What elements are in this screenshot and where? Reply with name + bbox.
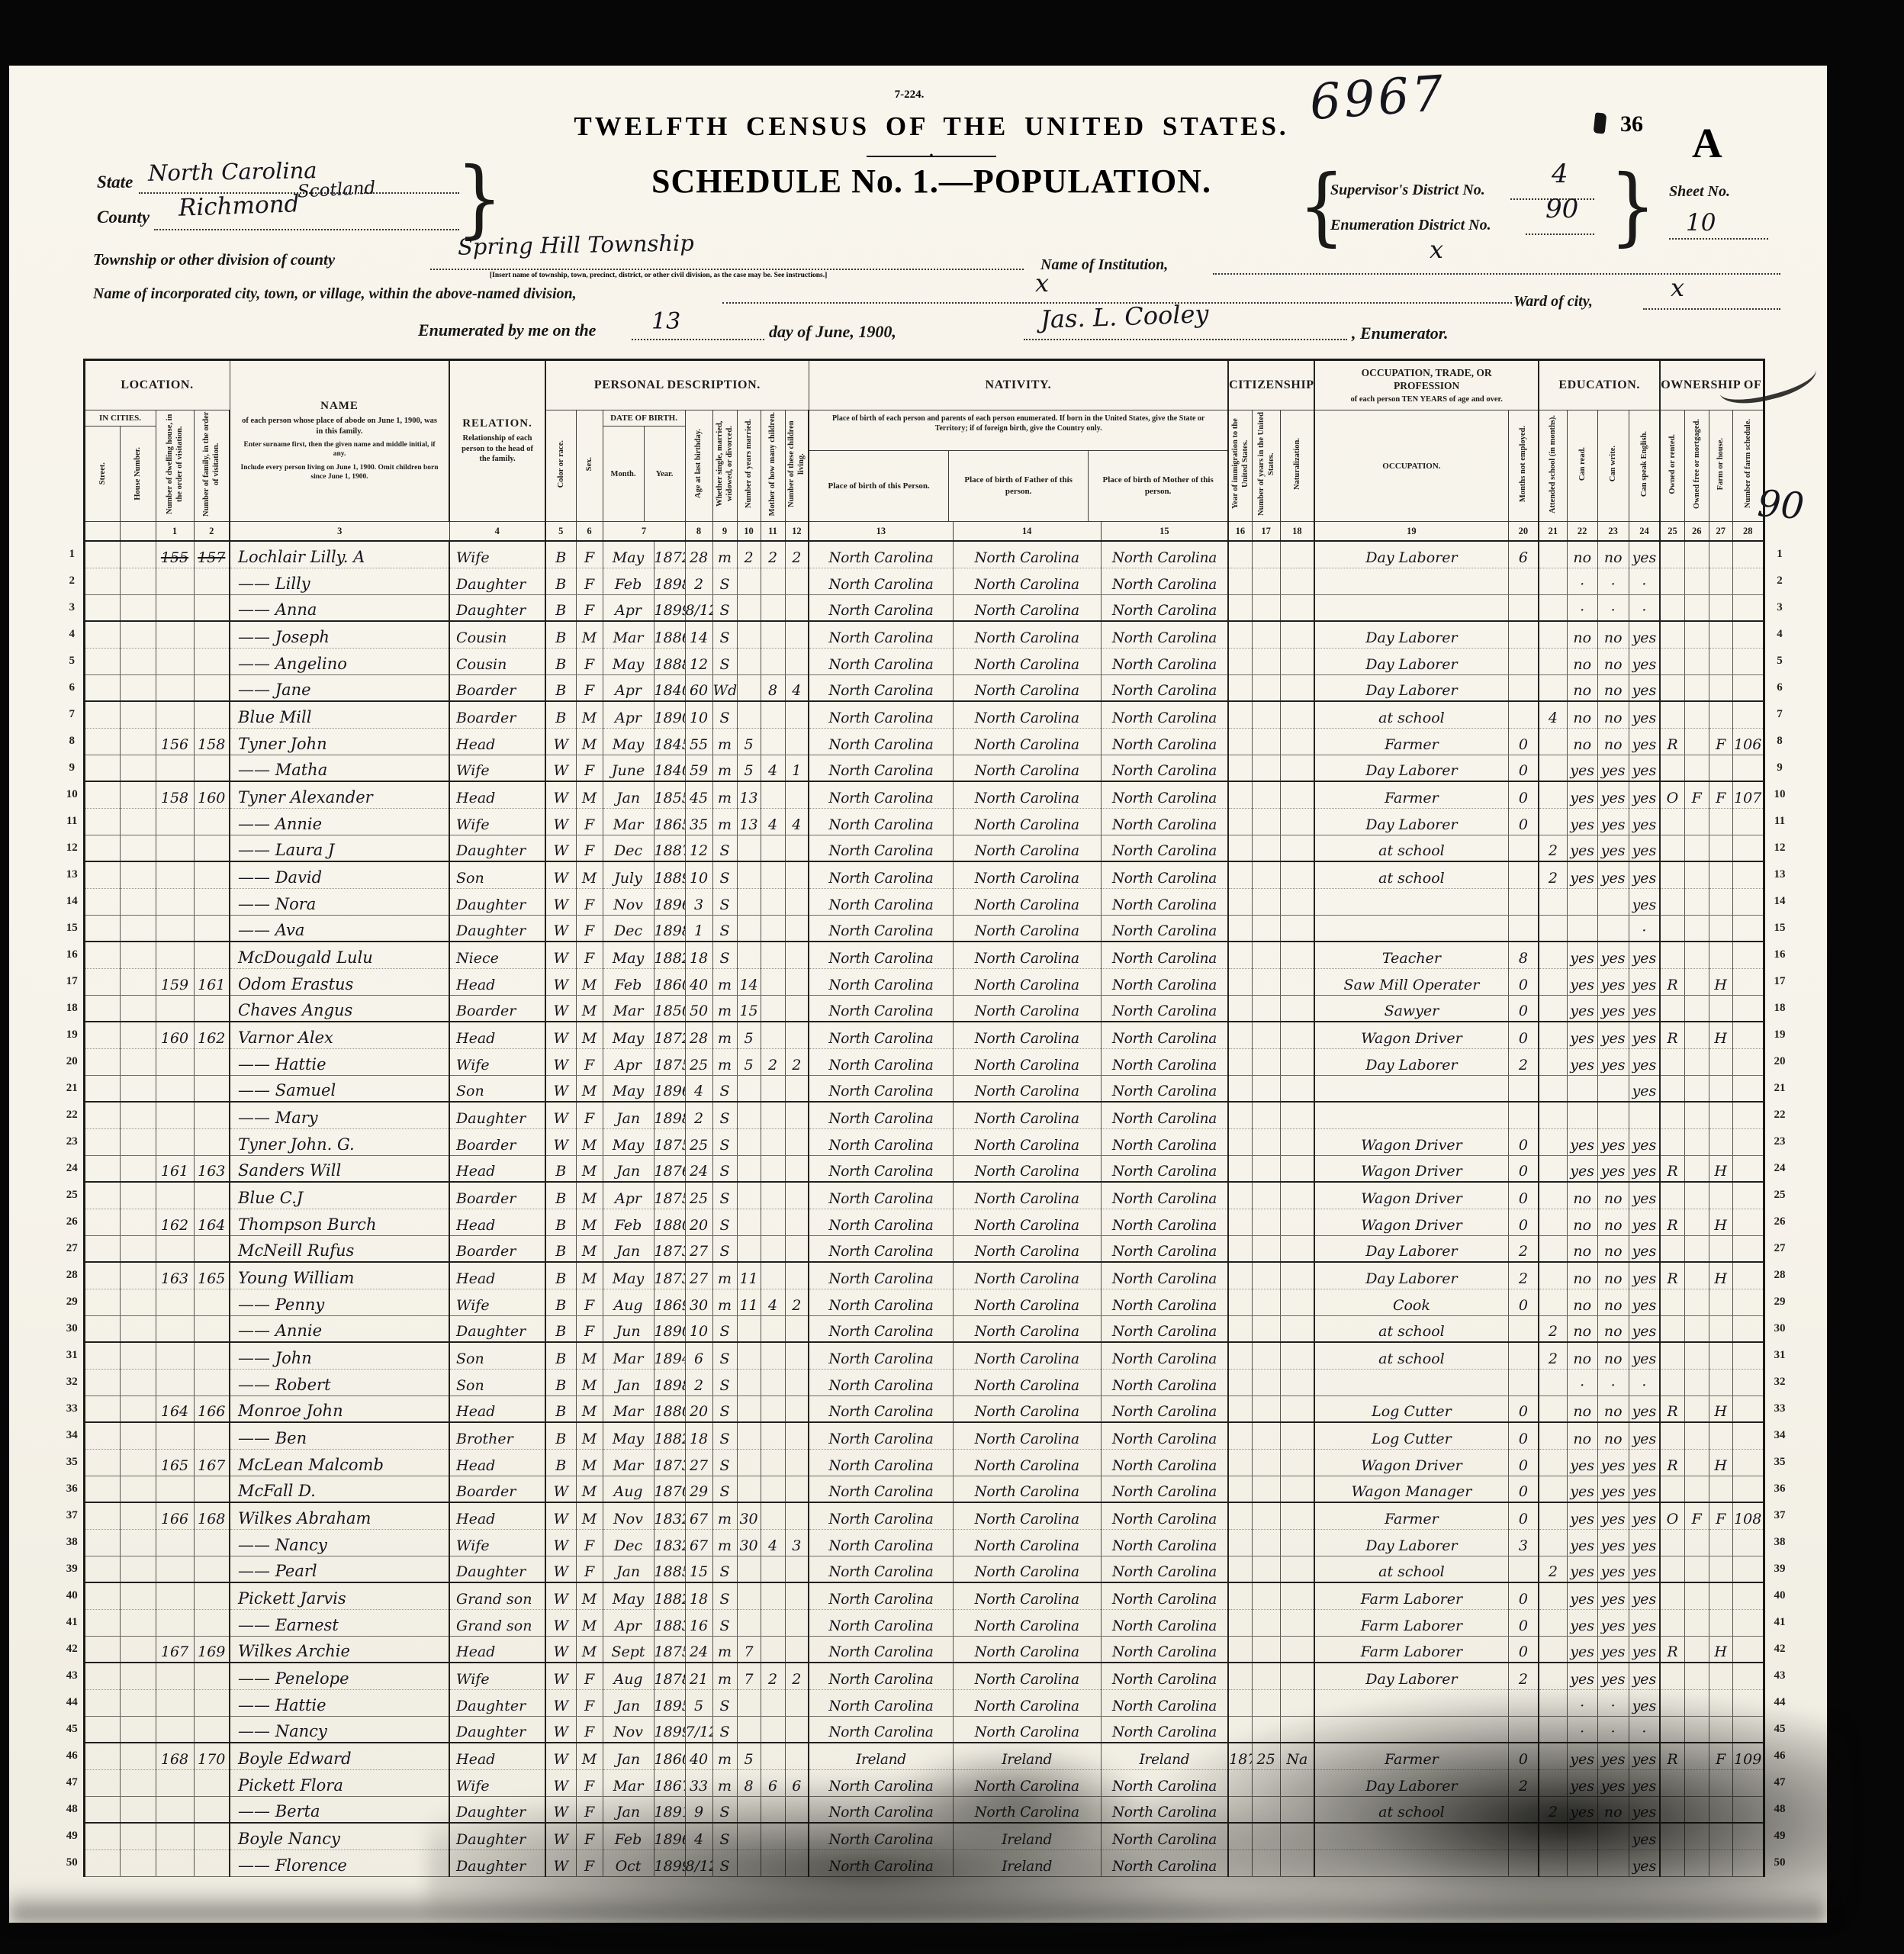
cell-sc [1539,1449,1567,1476]
cell-pm: North Carolina [1101,942,1228,968]
cell-age: 24 [685,1636,712,1663]
cell-sex: M [576,1342,603,1369]
cell-mu: 0 [1508,1636,1539,1663]
cell-pob: North Carolina [809,1796,953,1823]
cell-ym [737,568,761,594]
cell-fam [194,1796,230,1823]
cell-house [120,621,156,648]
cell-name: —— Florence [230,1849,449,1876]
table-row: 8156158Tyner JohnHeadWMMay184555m5North … [61,728,1794,755]
cell-pm: North Carolina [1101,1422,1228,1449]
line-number-left: 16 [61,942,84,968]
cell-yr: 1896 [654,1075,685,1102]
cell-dw: 165 [156,1449,194,1476]
cell-rd: no [1567,648,1597,674]
cell-cl [785,1849,809,1876]
table-row: 50—— FlorenceDaughterWFOct18998/12SNorth… [61,1849,1794,1876]
cell-mar: m [712,1022,737,1048]
cell-fam: 164 [194,1209,230,1235]
line-number-right: 13 [1764,861,1794,888]
cell-race: B [545,541,576,568]
cell-ow [1660,1769,1684,1796]
cell-wr: no [1597,1796,1629,1823]
line-number-right: 11 [1764,808,1794,835]
cell-ow [1660,1235,1684,1262]
cell-house [120,1502,156,1529]
cell-house [120,995,156,1022]
cell-rd: no [1567,1209,1597,1235]
cell-of [1684,1342,1709,1369]
cell-ym [737,1369,761,1395]
cell-fh: F [1709,728,1732,755]
cell-ow [1660,621,1684,648]
cell-rd: · [1567,1369,1597,1395]
cell-mar: m [712,728,737,755]
cell-dw: 158 [156,781,194,808]
cell-fh [1709,835,1732,861]
cell-wr: yes [1597,1743,1629,1769]
cell-im [1228,781,1252,808]
cell-occ: at school [1314,701,1508,728]
cell-of [1684,1155,1709,1182]
cell-of [1684,1636,1709,1663]
cell-dw [156,1315,194,1342]
cell-mo: Jan [603,1235,654,1262]
cell-en: yes [1629,755,1660,781]
cell-im [1228,648,1252,674]
cell-sex: M [576,1395,603,1422]
col-nativity-block: Place of birth of each person and parent… [809,410,1228,522]
cell-ow [1660,568,1684,594]
line-number-right: 46 [1764,1743,1794,1769]
cell-ow [1660,1075,1684,1102]
cell-im [1228,888,1252,915]
cell-ow: R [1660,1636,1684,1663]
line-number-left: 26 [61,1209,84,1235]
cell-na [1280,915,1314,942]
cell-rel: Son [449,1369,545,1395]
cell-race: W [545,808,576,835]
cell-im [1228,1716,1252,1743]
cell-ym [737,621,761,648]
cell-pm: North Carolina [1101,888,1228,915]
cell-pm: North Carolina [1101,1449,1228,1476]
cell-wr: yes [1597,1663,1629,1689]
cell-en: yes [1629,1796,1660,1823]
cell-rel: Grand son [449,1582,545,1609]
cell-house [120,835,156,861]
cell-ow [1660,835,1684,861]
line-number-left: 8 [61,728,84,755]
cell-yu [1252,755,1280,781]
cell-yr: 1880 [654,1209,685,1235]
cell-occ: Saw Mill Operater [1314,968,1508,995]
cell-yr: 1899 [654,1849,685,1876]
cell-fam [194,1289,230,1315]
cell-yr: 1886 [654,621,685,648]
cell-cl [785,701,809,728]
cell-wr: no [1597,648,1629,674]
col-number-8: 8 [685,522,712,542]
cell-fam [194,674,230,701]
census-table: LOCATION. NAME of each person whose plac… [61,359,1794,1877]
cell-of [1684,1395,1709,1422]
cell-wr: yes [1597,1636,1629,1663]
cell-rel: Head [449,1022,545,1048]
cell-mc [761,1476,785,1502]
cell-rd: yes [1567,1556,1597,1582]
line-number-left: 35 [61,1449,84,1476]
cell-street [84,1102,120,1128]
cell-name: McLean Malcomb [230,1449,449,1476]
table-row: 10158160Tyner AlexanderHeadWMJan185545m1… [61,781,1794,808]
cell-house [120,594,156,621]
table-row: 2—— LillyDaughterBFFeb18982SNorth Caroli… [61,568,1794,594]
col-street: Street. [98,462,108,484]
supervisor-value: 4 [1552,159,1568,189]
cell-rd: no [1567,674,1597,701]
cell-na [1280,1155,1314,1182]
cell-name: Blue Mill [230,701,449,728]
cell-ow: R [1660,1155,1684,1182]
cell-en: yes [1629,1262,1660,1289]
cell-mc [761,1823,785,1849]
cell-mo: Mar [603,1449,654,1476]
cell-en [1629,1102,1660,1128]
line-number-left: 22 [61,1102,84,1128]
cell-na [1280,1022,1314,1048]
cell-occ: Farmer [1314,1743,1508,1769]
cell-na [1280,1449,1314,1476]
cell-pm: North Carolina [1101,621,1228,648]
cell-yu: 25 [1252,1743,1280,1769]
num-blank-street [84,522,120,542]
cell-im [1228,1315,1252,1342]
cell-age: 2 [685,1102,712,1128]
cell-age: 10 [685,861,712,888]
enumeration-value: 90 [1545,194,1578,224]
cell-sex: F [576,648,603,674]
cell-fh [1709,1663,1732,1689]
cell-house [120,1609,156,1636]
cell-ym [737,1342,761,1369]
cell-yr: 1873 [654,1235,685,1262]
cell-fam: 160 [194,781,230,808]
cell-street [84,701,120,728]
cell-pob: North Carolina [809,942,953,968]
cell-dw: 161 [156,1155,194,1182]
cell-dw [156,1609,194,1636]
cell-fam: 165 [194,1262,230,1289]
cell-fs [1732,1048,1764,1075]
cell-rd: yes [1567,942,1597,968]
cell-mu: 0 [1508,1155,1539,1182]
group-relation: RELATION. Relationship of each person to… [449,360,545,522]
cell-im [1228,1048,1252,1075]
cell-ow [1660,674,1684,701]
cell-dw [156,808,194,835]
cell-fam [194,1315,230,1342]
cell-fam: 166 [194,1395,230,1422]
cell-pm: North Carolina [1101,1369,1228,1395]
cell-fs [1732,1422,1764,1449]
cell-street [84,861,120,888]
cell-yu [1252,1582,1280,1609]
cell-dw [156,1102,194,1128]
line-number-left: 31 [61,1342,84,1369]
cell-dw [156,1476,194,1502]
col-number-10: 10 [737,522,761,542]
cell-age: 45 [685,781,712,808]
cell-mu: 0 [1508,1289,1539,1315]
cell-mar: S [712,942,737,968]
cell-mc [761,1796,785,1823]
cell-name: —— Anna [230,594,449,621]
cell-house [120,1449,156,1476]
col-number-21: 21 [1539,522,1567,542]
cell-ow [1660,1663,1684,1689]
handwritten-doc-number: 6967 [1308,66,1449,131]
cell-of [1684,808,1709,835]
cell-mo: Mar [603,808,654,835]
cell-fs [1732,915,1764,942]
cell-ym [737,1075,761,1102]
table-row: 39—— PearlDaughterWFJan188515SNorth Caro… [61,1556,1794,1582]
cell-pm: North Carolina [1101,1342,1228,1369]
cell-street [84,995,120,1022]
cell-mu [1508,1823,1539,1849]
cell-sc [1539,594,1567,621]
cell-rel: Daughter [449,1689,545,1716]
cell-na [1280,1209,1314,1235]
cell-of [1684,1422,1709,1449]
cell-of [1684,995,1709,1022]
cell-pm: North Carolina [1101,1155,1228,1182]
cell-wr: yes [1597,995,1629,1022]
cell-fh [1709,1182,1732,1209]
cell-race: W [545,1689,576,1716]
cell-wr: no [1597,1342,1629,1369]
cell-fam [194,808,230,835]
cell-age: 2 [685,1369,712,1395]
cell-age: 25 [685,1182,712,1209]
cell-ow [1660,1609,1684,1636]
cell-rd: yes [1567,1529,1597,1556]
cell-fh: H [1709,968,1732,995]
cell-fam: 169 [194,1636,230,1663]
cell-rd: no [1567,728,1597,755]
cell-name: Boyle Edward [230,1743,449,1769]
cell-name: —— Ava [230,915,449,942]
cell-pm: North Carolina [1101,1582,1228,1609]
cell-house [120,942,156,968]
cell-rd: yes [1567,755,1597,781]
cell-mu: 0 [1508,781,1539,808]
cell-fam [194,1476,230,1502]
cell-pf: North Carolina [953,1155,1101,1182]
cell-fh [1709,1716,1732,1743]
col-can-read: Can read. [1567,410,1597,522]
cell-mc [761,835,785,861]
cell-pf: North Carolina [953,621,1101,648]
line-number-right: 3 [1764,594,1794,621]
cell-yr: 1880 [654,1395,685,1422]
cell-wr: no [1597,1395,1629,1422]
cell-of [1684,594,1709,621]
cell-of [1684,1315,1709,1342]
cell-cl [785,1128,809,1155]
cell-mo: May [603,1582,654,1609]
cell-mo: Jan [603,1102,654,1128]
cell-ow: R [1660,1395,1684,1422]
cell-wr: no [1597,541,1629,568]
cell-im [1228,1369,1252,1395]
cell-fs [1732,1022,1764,1048]
cell-ym [737,1182,761,1209]
cell-fs [1732,1769,1764,1796]
cell-fam [194,1769,230,1796]
cell-mc [761,942,785,968]
cell-rel: Boarder [449,1235,545,1262]
cell-yu [1252,1689,1280,1716]
cell-yr: 1875 [654,1636,685,1663]
cell-yu [1252,1609,1280,1636]
cell-mc [761,1556,785,1582]
cell-fh [1709,1289,1732,1315]
cell-sex: M [576,1582,603,1609]
cell-sex: M [576,728,603,755]
cell-rel: Son [449,861,545,888]
cell-name: —— John [230,1342,449,1369]
cell-fs [1732,1689,1764,1716]
table-row: 32—— RobertSonBMJan18982SNorth CarolinaN… [61,1369,1794,1395]
cell-race: B [545,621,576,648]
cell-sex: M [576,1075,603,1102]
cell-age: 25 [685,1128,712,1155]
relation-title: RELATION. [450,417,545,430]
cell-fs [1732,1075,1764,1102]
cell-race: W [545,1636,576,1663]
cell-mc [761,1075,785,1102]
cell-pob: North Carolina [809,1048,953,1075]
cell-rel: Boarder [449,1182,545,1209]
line-number-right: 36 [1764,1476,1794,1502]
cell-mu [1508,1716,1539,1743]
cell-fh [1709,621,1732,648]
cell-fh [1709,541,1732,568]
cell-rel: Daughter [449,1716,545,1743]
cell-cl [785,1743,809,1769]
cell-rd [1567,1849,1597,1876]
cell-mar: S [712,1155,737,1182]
cell-na [1280,1556,1314,1582]
cell-of [1684,942,1709,968]
cell-mo: Apr [603,701,654,728]
cell-name: Young William [230,1262,449,1289]
cell-mu: 0 [1508,1395,1539,1422]
cell-pob: Ireland [809,1743,953,1769]
cell-street [84,915,120,942]
cell-wr [1597,888,1629,915]
col-can-write: Can write. [1597,410,1629,522]
cell-mo: July [603,861,654,888]
cell-mc [761,1582,785,1609]
table-row: 3—— AnnaDaughterBFApr18998/12SNorth Caro… [61,594,1794,621]
cell-ym: 14 [737,968,761,995]
cell-yu [1252,621,1280,648]
cell-rel: Boarder [449,1476,545,1502]
line-number-right: 48 [1764,1796,1794,1823]
cell-sc [1539,1422,1567,1449]
col-number-6: 6 [576,522,603,542]
cell-ow [1660,701,1684,728]
cell-fh [1709,1048,1732,1075]
cell-mo: May [603,1422,654,1449]
col-number-11: 11 [761,522,785,542]
cell-street [84,1262,120,1289]
cell-na [1280,1342,1314,1369]
col-number-22: 22 [1567,522,1597,542]
cell-pf: North Carolina [953,1369,1101,1395]
col-number-12: 12 [785,522,809,542]
cell-rel: Daughter [449,1556,545,1582]
cell-yu [1252,1048,1280,1075]
occupation-title: OCCUPATION, TRADE, OR PROFESSION [1315,367,1538,391]
col-family-number: Number of family, in the order of visita… [194,410,230,522]
col-number-13: 13 [809,522,953,542]
line-number-left: 34 [61,1422,84,1449]
cell-pm: North Carolina [1101,1395,1228,1422]
cell-na [1280,541,1314,568]
cell-name: McFall D. [230,1476,449,1502]
cell-mu [1508,568,1539,594]
cell-name: —— Samuel [230,1075,449,1102]
cell-dw: 162 [156,1209,194,1235]
cell-age: 10 [685,701,712,728]
cell-house [120,1823,156,1849]
cell-house [120,1796,156,1823]
cell-mo: May [603,1262,654,1289]
cell-sex: M [576,701,603,728]
cell-mar: S [712,1235,737,1262]
cell-street [84,728,120,755]
cell-cl [785,621,809,648]
cell-occ: Wagon Driver [1314,1182,1508,1209]
line-number-right: 31 [1764,1342,1794,1369]
table-row: 27McNeill RufusBoarderBMJan187327SNorth … [61,1235,1794,1262]
cell-ow [1660,1342,1684,1369]
cell-yu [1252,1182,1280,1209]
cell-street [84,1342,120,1369]
cell-race: B [545,1209,576,1235]
cell-en: yes [1629,1209,1660,1235]
cell-ym: 30 [737,1529,761,1556]
cell-yr: 1882 [654,1422,685,1449]
cell-pm: North Carolina [1101,1209,1228,1235]
cell-mo: Mar [603,1395,654,1422]
cell-cl [785,1422,809,1449]
cell-age: 2 [685,568,712,594]
cell-yr: 1898 [654,915,685,942]
cell-occ [1314,1102,1508,1128]
cell-pm: North Carolina [1101,915,1228,942]
cell-yr: 1885 [654,1556,685,1582]
cell-im [1228,1209,1252,1235]
cell-cl [785,1609,809,1636]
cell-yr: 1887 [654,835,685,861]
cell-yu [1252,888,1280,915]
cell-mc [761,728,785,755]
